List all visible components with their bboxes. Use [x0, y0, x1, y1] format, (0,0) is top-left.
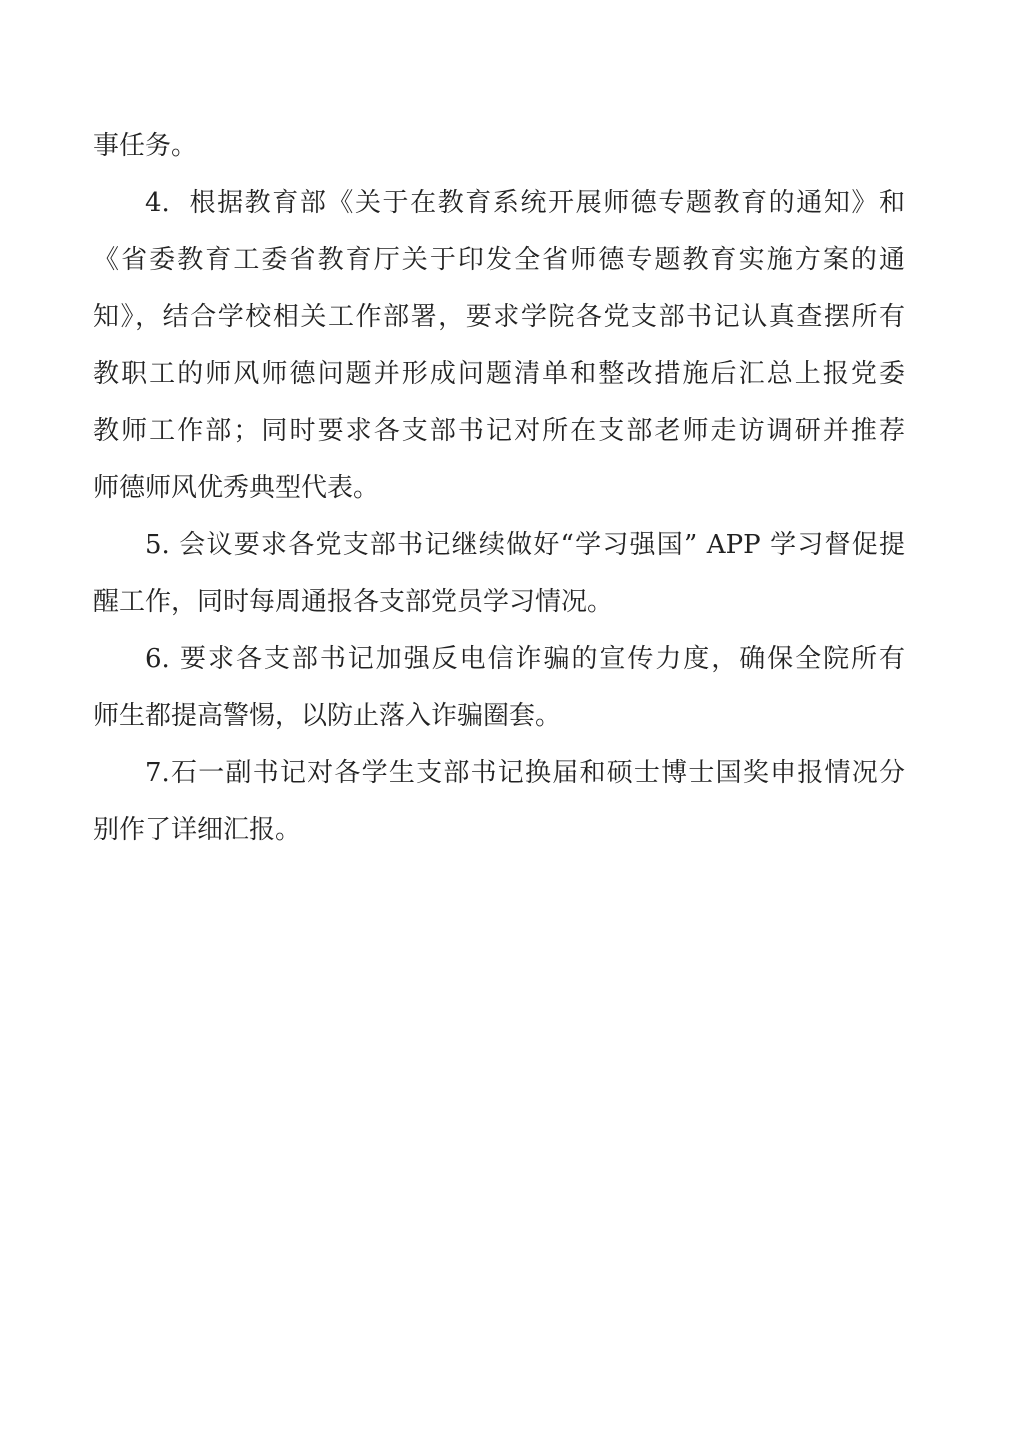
text-line: 教职工的师风师德问题并形成问题清单和整改措施后汇总上报党委: [93, 346, 905, 403]
paragraph-item-7: 7.石一副书记对各学生支部书记换届和硕士博士国奖申报情况分别作了详细汇报。: [93, 745, 905, 859]
text-line: 师德师风优秀典型代表。: [93, 460, 905, 517]
text-line: 《省委教育工委省教育厅关于印发全省师德专题教育实施方案的通: [93, 232, 905, 289]
text-line: 事任务。: [93, 118, 905, 175]
text-line: 6. 要求各支部书记加强反电信诈骗的宣传力度，确保全院所有: [93, 631, 905, 688]
text-line: 7.石一副书记对各学生支部书记换届和硕士博士国奖申报情况分: [93, 745, 905, 802]
text-line: 知》，结合学校相关工作部署，要求学院各党支部书记认真查摆所有: [93, 289, 905, 346]
text-line: 别作了详细汇报。: [93, 802, 905, 859]
text-line: 醒工作，同时每周通报各支部党员学习情况。: [93, 574, 905, 631]
text-line: 5. 会议要求各党支部书记继续做好“学习强国” APP 学习督促提: [93, 517, 905, 574]
text-line: 教师工作部；同时要求各支部书记对所在支部老师走访调研并推荐: [93, 403, 905, 460]
paragraph-item-4: 4. 根据教育部《关于在教育系统开展师德专题教育的通知》和《省委教育工委省教育厅…: [93, 175, 905, 517]
paragraph-item-5: 5. 会议要求各党支部书记继续做好“学习强国” APP 学习督促提醒工作，同时每…: [93, 517, 905, 631]
paragraph-item-6: 6. 要求各支部书记加强反电信诈骗的宣传力度，确保全院所有师生都提高警惕，以防止…: [93, 631, 905, 745]
text-line: 4. 根据教育部《关于在教育系统开展师德专题教育的通知》和: [93, 175, 905, 232]
text-line: 师生都提高警惕，以防止落入诈骗圈套。: [93, 688, 905, 745]
paragraph-continuation: 事任务。: [93, 118, 905, 175]
document-body: 事任务。4. 根据教育部《关于在教育系统开展师德专题教育的通知》和《省委教育工委…: [93, 118, 905, 859]
document-page: 事任务。4. 根据教育部《关于在教育系统开展师德专题教育的通知》和《省委教育工委…: [0, 0, 1024, 1448]
